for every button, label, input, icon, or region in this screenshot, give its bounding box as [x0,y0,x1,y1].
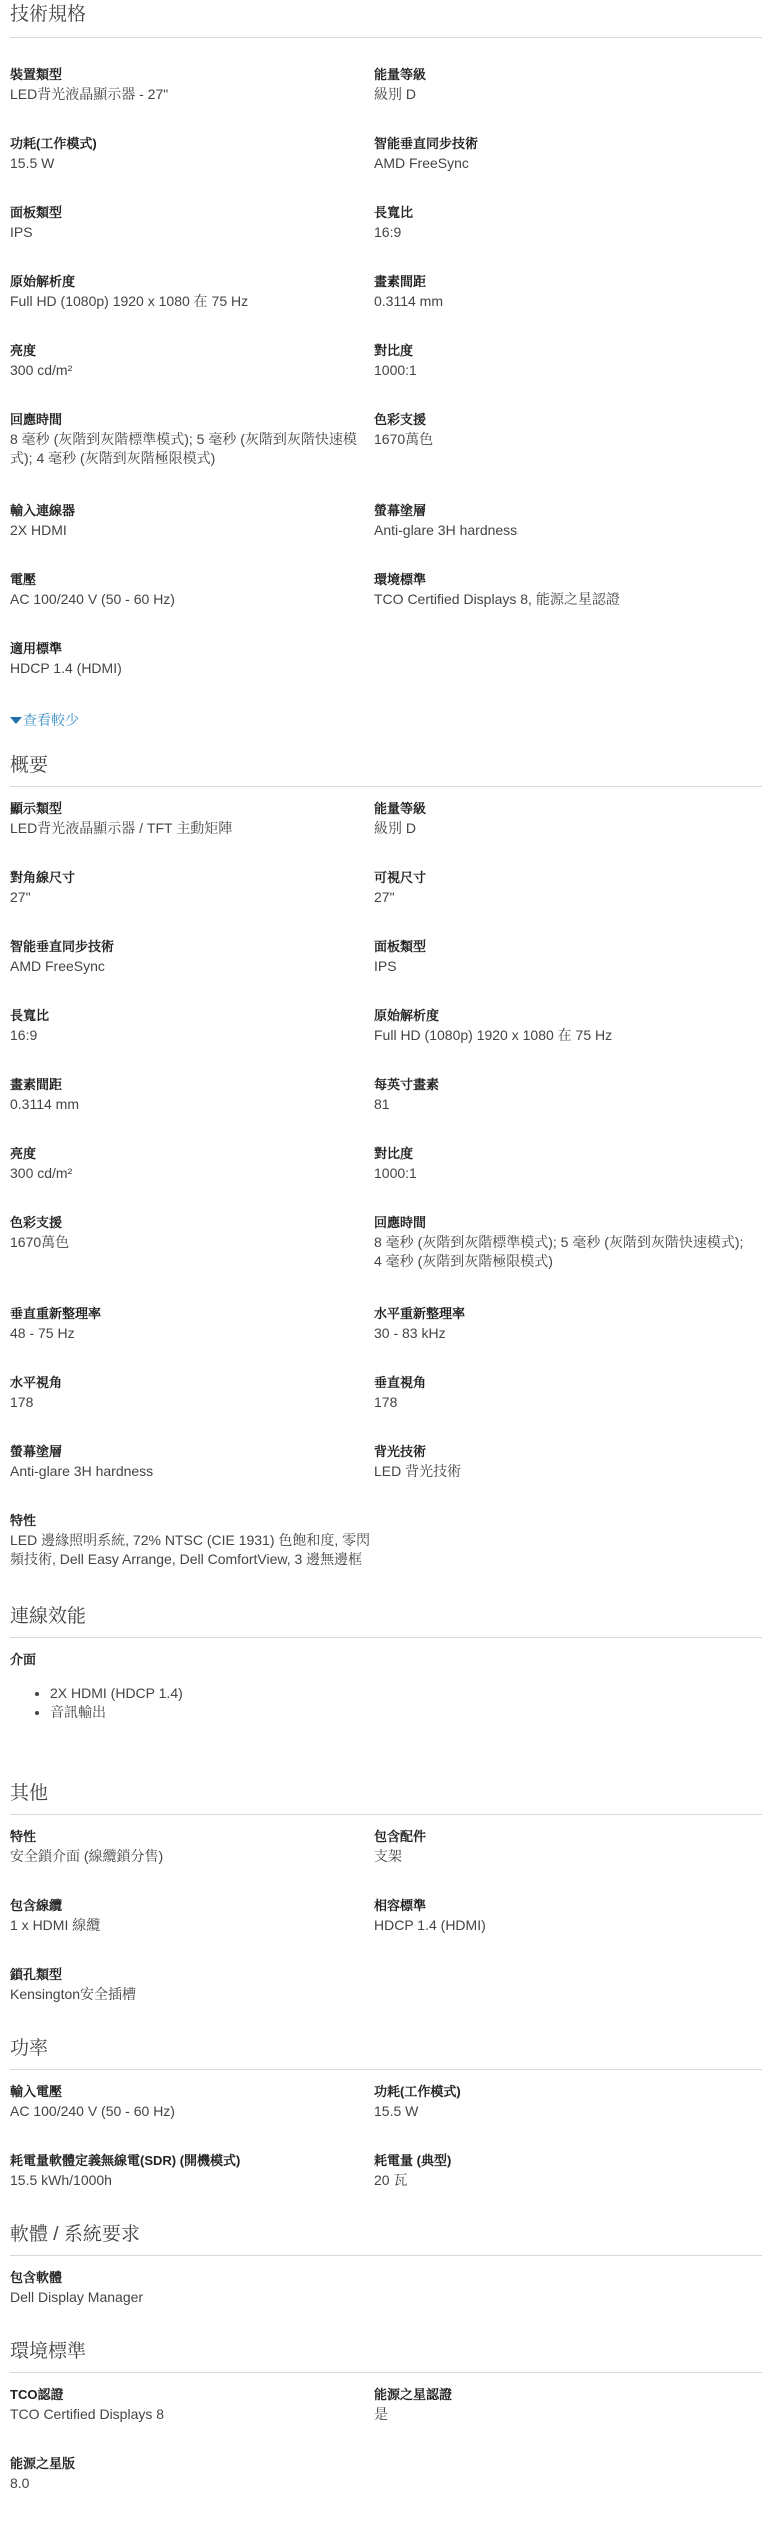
spec-item: 耗電量 (典型)20 瓦 [374,2151,762,2220]
spec-value: 級別 D [374,85,752,104]
spec-value: 300 cd/m² [10,1164,364,1183]
spec-item: 回應時間8 毫秒 (灰階到灰階標準模式); 5 毫秒 (灰階到灰階快速模式); … [374,1213,762,1304]
spec-value: 是 [374,2405,752,2424]
spec-item: 智能垂直同步技術AMD FreeSync [374,134,762,203]
spec-label: 特性 [10,1827,364,1847]
spec-value: AMD FreeSync [374,154,752,173]
other-grid: 特性安全鎖介面 (線纜鎖分售) 包含配件支架 包含線纜1 x HDMI 線纜 相… [10,1815,762,2034]
spec-value: 1670萬色 [10,1233,364,1252]
spec-value: 8 毫秒 (灰階到灰階標準模式); 5 毫秒 (灰階到灰階快速模式); 4 毫秒… [374,1233,752,1271]
spec-value: 20 瓦 [374,2171,752,2190]
view-less-link[interactable]: 查看較少 [10,710,79,730]
spec-value: LED 背光技術 [374,1462,752,1481]
spec-label: 回應時間 [10,410,364,430]
spec-item: 特性安全鎖介面 (線纜鎖分售) [10,1827,374,1896]
spec-item: 色彩支援1670萬色 [10,1213,374,1304]
spec-value: AMD FreeSync [10,957,364,976]
spec-label: 耗電量 (典型) [374,2151,752,2171]
spec-value: 8 毫秒 (灰階到灰階標準模式); 5 毫秒 (灰階到灰階快速模式); 4 毫秒… [10,430,364,468]
spec-value: 15.5 W [10,154,364,173]
spec-item: 相容標準HDCP 1.4 (HDMI) [374,1896,762,1965]
spec-value: Full HD (1080p) 1920 x 1080 在 75 Hz [10,292,364,311]
spec-label: 包含配件 [374,1827,752,1847]
spec-value: Dell Display Manager [10,2288,364,2307]
spec-item: 亮度300 cd/m² [10,1144,374,1213]
connectivity-block: 介面 2X HDMI (HDCP 1.4) 音訊輸出 [10,1638,762,1722]
spec-item: 對比度1000:1 [374,341,762,410]
spec-label: 智能垂直同步技術 [10,937,364,957]
spec-item: 原始解析度Full HD (1080p) 1920 x 1080 在 75 Hz [10,272,374,341]
spec-item: 對角線尺寸27" [10,868,374,937]
spec-item: 能量等級級別 D [374,799,762,868]
spec-item: 包含軟體Dell Display Manager [10,2268,374,2337]
spec-item: 可視尺寸27" [374,868,762,937]
spec-item: 螢幕塗層Anti-glare 3H hardness [374,501,762,570]
spec-item: 電壓AC 100/240 V (50 - 60 Hz) [10,570,374,639]
spec-value: 16:9 [374,223,752,242]
spec-value: Anti-glare 3H hardness [10,1462,364,1481]
section-title-environment: 環境標準 [10,2337,762,2373]
spec-label: 原始解析度 [10,272,364,292]
spec-label: 對比度 [374,341,752,361]
spec-label: 能量等級 [374,65,752,85]
spec-value: LED 邊緣照明系統, 72% NTSC (CIE 1931) 色飽和度, 零閃… [10,1531,380,1569]
spec-label: 螢幕塗層 [10,1442,364,1462]
spec-label: 電壓 [10,570,364,590]
spec-value: IPS [374,957,752,976]
spec-value: 支架 [374,1847,752,1866]
spec-item: 畫素間距0.3114 mm [374,272,762,341]
spec-label: 智能垂直同步技術 [374,134,752,154]
spec-value: 8.0 [10,2474,364,2493]
spec-item: 水平視角178 [10,1373,374,1442]
spec-label: 螢幕塗層 [374,501,752,521]
spec-item: 水平重新整理率30 - 83 kHz [374,1304,762,1373]
section-title-other: 其他 [10,1779,762,1815]
spec-item: 輸入電壓AC 100/240 V (50 - 60 Hz) [10,2082,374,2151]
spec-item: 顯示類型LED背光液晶顯示器 / TFT 主動矩陣 [10,799,374,868]
spec-label: 顯示類型 [10,799,364,819]
spec-value: 15.5 W [374,2102,752,2121]
spec-item: 適用標準HDCP 1.4 (HDMI) [10,639,374,708]
environment-grid: TCO認證TCO Certified Displays 8 能源之星認證是 能源… [10,2373,762,2523]
spec-label: 背光技術 [374,1442,752,1462]
spec-item: 垂直重新整理率48 - 75 Hz [10,1304,374,1373]
spec-item: 垂直視角178 [374,1373,762,1442]
spec-item: TCO認證TCO Certified Displays 8 [10,2385,374,2454]
spec-item: 包含線纜1 x HDMI 線纜 [10,1896,374,1965]
spec-value: 30 - 83 kHz [374,1324,752,1343]
spec-value: TCO Certified Displays 8, 能源之星認證 [374,590,752,609]
spec-value: 0.3114 mm [10,1095,364,1114]
spec-label: 色彩支援 [374,410,752,430]
spec-label: 輸入連線器 [10,501,364,521]
spec-value: Full HD (1080p) 1920 x 1080 在 75 Hz [374,1026,752,1045]
spec-label: 原始解析度 [374,1006,752,1026]
spec-value: 178 [10,1393,364,1412]
spec-label: 畫素間距 [374,272,752,292]
spec-label: 功耗(工作模式) [10,134,364,154]
spec-item: 原始解析度Full HD (1080p) 1920 x 1080 在 75 Hz [374,1006,762,1075]
section-title-connectivity: 連線效能 [10,1602,762,1638]
spec-label: 包含軟體 [10,2268,364,2288]
spec-label: 每英寸畫素 [374,1075,752,1095]
spec-label: 面板類型 [374,937,752,957]
spec-item: 對比度1000:1 [374,1144,762,1213]
spec-item: 包含配件支架 [374,1827,762,1896]
spec-item: 能源之星版8.0 [10,2454,374,2523]
spec-value: 2X HDMI [10,521,364,540]
spec-label: 對角線尺寸 [10,868,364,888]
spec-item: 能量等級級別 D [374,65,762,134]
spec-item: 功耗(工作模式)15.5 W [10,134,374,203]
spec-label: 垂直視角 [374,1373,752,1393]
spec-label: 包含線纜 [10,1896,364,1916]
spec-label: 特性 [10,1511,752,1531]
spec-item: 特性LED 邊緣照明系統, 72% NTSC (CIE 1931) 色飽和度, … [10,1511,762,1602]
spec-value: 1000:1 [374,361,752,380]
triangle-down-icon [10,717,22,724]
spec-value: HDCP 1.4 (HDMI) [374,1916,752,1935]
spec-value: 81 [374,1095,752,1114]
spec-item: 亮度300 cd/m² [10,341,374,410]
spec-value: 1 x HDMI 線纜 [10,1916,364,1935]
spec-item: 色彩支援1670萬色 [374,410,762,501]
view-less-label: 查看較少 [23,710,79,730]
interface-list: 2X HDMI (HDCP 1.4) 音訊輸出 [10,1684,762,1722]
spec-value: 16:9 [10,1026,364,1045]
section-title-tech-specs: 技術規格 [10,0,762,38]
spec-item: 畫素間距0.3114 mm [10,1075,374,1144]
section-title-power: 功率 [10,2034,762,2070]
spec-item: 螢幕塗層Anti-glare 3H hardness [10,1442,374,1511]
spec-value: 27" [374,888,752,907]
spec-item: 長寬比16:9 [374,203,762,272]
spec-value: 安全鎖介面 (線纜鎖分售) [10,1847,364,1866]
power-grid: 輸入電壓AC 100/240 V (50 - 60 Hz) 功耗(工作模式)15… [10,2070,762,2220]
list-item: 音訊輸出 [50,1703,762,1722]
spec-value: AC 100/240 V (50 - 60 Hz) [10,590,364,609]
spec-value: TCO Certified Displays 8 [10,2405,364,2424]
spec-item: 鎖孔類型Kensington安全插槽 [10,1965,374,2034]
spec-label: 功耗(工作模式) [374,2082,752,2102]
spec-item: 環境標準TCO Certified Displays 8, 能源之星認證 [374,570,762,639]
spec-label: 亮度 [10,1144,364,1164]
overview-grid: 顯示類型LED背光液晶顯示器 / TFT 主動矩陣 能量等級級別 D 對角線尺寸… [10,787,762,1602]
section-title-software: 軟體 / 系統要求 [10,2220,762,2256]
spec-label: 亮度 [10,341,364,361]
spec-label: 能源之星版 [10,2454,364,2474]
spec-value: 0.3114 mm [374,292,752,311]
spec-value: LED背光液晶顯示器 / TFT 主動矩陣 [10,819,364,838]
spec-value: IPS [10,223,364,242]
spec-label: 適用標準 [10,639,364,659]
spec-label: 長寬比 [374,203,752,223]
spec-value: LED背光液晶顯示器 - 27" [10,85,364,104]
spec-page: 技術規格 裝置類型LED背光液晶顯示器 - 27" 能量等級級別 D 功耗(工作… [0,0,772,2523]
software-grid: 包含軟體Dell Display Manager [10,2256,762,2337]
spec-value: Kensington安全插槽 [10,1985,364,2004]
spec-label: 色彩支援 [10,1213,364,1233]
spec-label: 相容標準 [374,1896,752,1916]
spec-value: 27" [10,888,364,907]
spec-label: 對比度 [374,1144,752,1164]
spec-item: 長寬比16:9 [10,1006,374,1075]
spec-label: 垂直重新整理率 [10,1304,364,1324]
list-item: 2X HDMI (HDCP 1.4) [50,1684,762,1703]
spec-value: 1000:1 [374,1164,752,1183]
spec-item: 能源之星認證是 [374,2385,762,2454]
spec-item: 每英寸畫素81 [374,1075,762,1144]
spec-label: 水平重新整理率 [374,1304,752,1324]
spec-label: 能源之星認證 [374,2385,752,2405]
spec-item: 功耗(工作模式)15.5 W [374,2082,762,2151]
spec-label: 輸入電壓 [10,2082,364,2102]
spec-value: Anti-glare 3H hardness [374,521,752,540]
section-title-overview: 概要 [10,751,762,787]
spec-label: 水平視角 [10,1373,364,1393]
spec-value: 級別 D [374,819,752,838]
spec-label: 回應時間 [374,1213,752,1233]
spec-label: 環境標準 [374,570,752,590]
spec-item: 輸入連線器2X HDMI [10,501,374,570]
spec-value: 178 [374,1393,752,1412]
spec-label: 可視尺寸 [374,868,752,888]
spec-label: 裝置類型 [10,65,364,85]
spec-value: 15.5 kWh/1000h [10,2171,364,2190]
tech-specs-grid: 裝置類型LED背光液晶顯示器 - 27" 能量等級級別 D 功耗(工作模式)15… [10,38,762,708]
spec-label: TCO認證 [10,2385,364,2405]
spec-value: HDCP 1.4 (HDMI) [10,659,364,678]
spec-value: 48 - 75 Hz [10,1324,364,1343]
spec-value: 1670萬色 [374,430,752,449]
spec-label: 面板類型 [10,203,364,223]
spec-item: 耗電量軟體定義無線電(SDR) (開機模式)15.5 kWh/1000h [10,2151,374,2220]
spec-value: AC 100/240 V (50 - 60 Hz) [10,2102,364,2121]
spec-value: 300 cd/m² [10,361,364,380]
spec-item: 回應時間8 毫秒 (灰階到灰階標準模式); 5 毫秒 (灰階到灰階快速模式); … [10,410,374,501]
spec-label: 耗電量軟體定義無線電(SDR) (開機模式) [10,2151,364,2171]
spec-item: 面板類型IPS [374,937,762,1006]
spec-item: 裝置類型LED背光液晶顯示器 - 27" [10,65,374,134]
spec-label: 介面 [10,1650,762,1670]
spec-item: 智能垂直同步技術AMD FreeSync [10,937,374,1006]
spec-label: 能量等級 [374,799,752,819]
spec-item: 面板類型IPS [10,203,374,272]
spec-label: 長寬比 [10,1006,364,1026]
spec-label: 畫素間距 [10,1075,364,1095]
spec-item: 背光技術LED 背光技術 [374,1442,762,1511]
spec-label: 鎖孔類型 [10,1965,364,1985]
